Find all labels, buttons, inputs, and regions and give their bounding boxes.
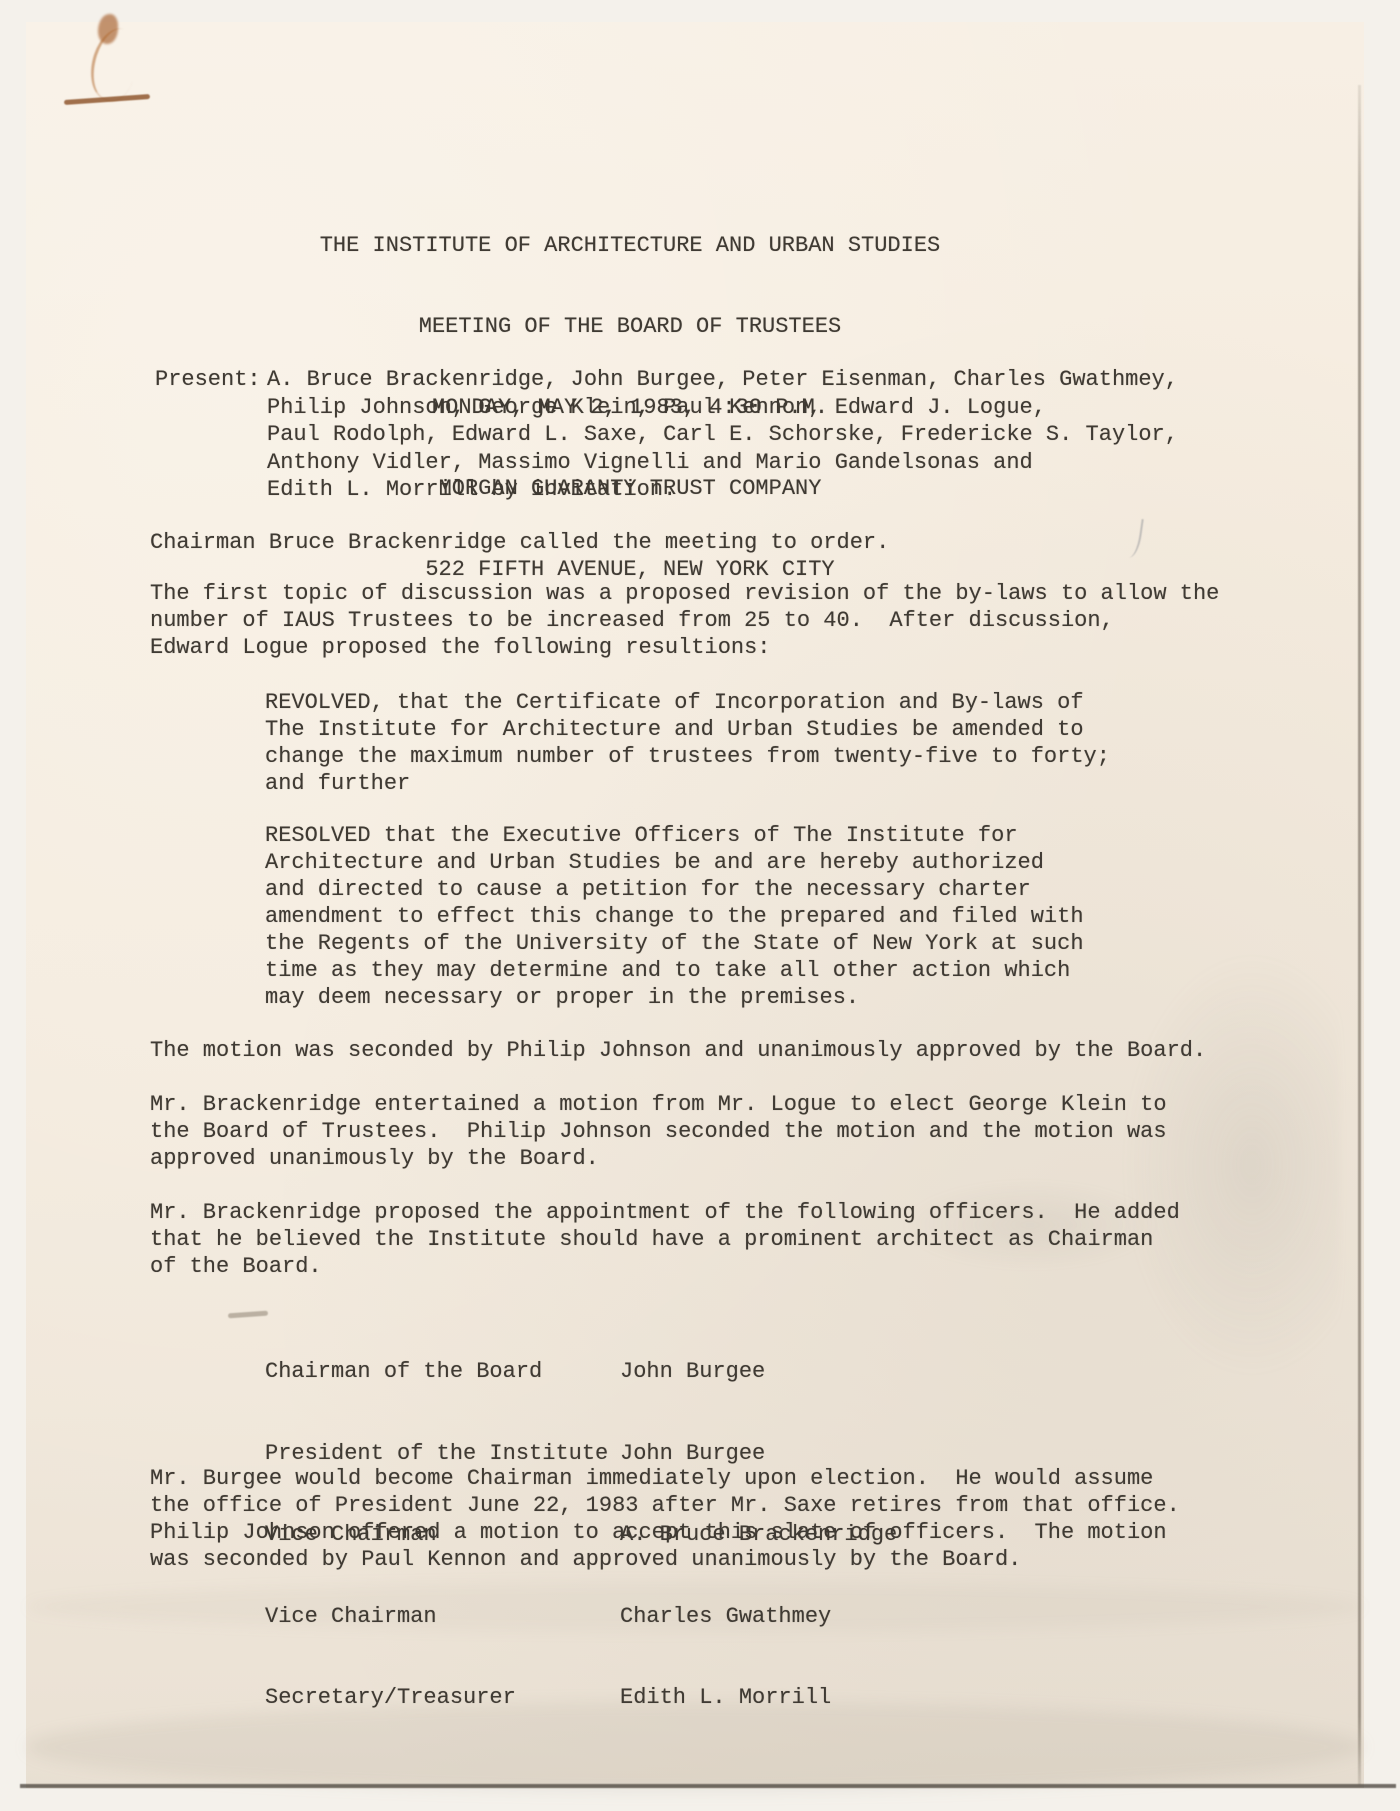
organization-title: THE INSTITUTE OF ARCHITECTURE AND URBAN … [150, 232, 1110, 259]
officer-row: President of the Institute John Burgee [265, 1440, 897, 1468]
present-label: Present: [155, 366, 261, 394]
paper-right-edge [1358, 85, 1361, 1785]
paragraph-first-topic: The first topic of discussion was a prop… [150, 580, 1219, 661]
paper-bottom-edge [20, 1784, 1396, 1788]
paragraph-motion-seconded: The motion was seconded by Philip Johnso… [150, 1037, 1206, 1064]
officer-row: Vice Chairman Charles Gwathmey [265, 1603, 897, 1631]
resolution-revolved: REVOLVED, that the Certificate of Incorp… [265, 689, 1110, 797]
officer-name: John Burgee [620, 1358, 765, 1386]
meeting-address: 522 FIFTH AVENUE, NEW YORK CITY [150, 556, 1110, 583]
officer-title: Vice Chairman [265, 1603, 620, 1631]
paragraph-called-to-order: Chairman Bruce Brackenridge called the m… [150, 529, 889, 556]
paragraph-officers-proposal: Mr. Brackenridge proposed the appointmen… [150, 1199, 1180, 1280]
resolution-resolved: RESOLVED that the Executive Officers of … [265, 822, 1084, 1011]
officer-title: Secretary/Treasurer [265, 1684, 620, 1712]
officer-title: President of the Institute [265, 1440, 620, 1468]
officer-name: Edith L. Morrill [620, 1684, 831, 1712]
officer-name: Charles Gwathmey [620, 1603, 831, 1631]
meeting-title: MEETING OF THE BOARD OF TRUSTEES [150, 313, 1110, 340]
officer-name: John Burgee [620, 1440, 765, 1468]
officer-row: Chairman of the Board John Burgee [265, 1358, 897, 1386]
paragraph-elect-klein: Mr. Brackenridge entertained a motion fr… [150, 1091, 1167, 1172]
paragraph-burgee-chairman: Mr. Burgee would become Chairman immedia… [150, 1465, 1180, 1573]
officer-title: Chairman of the Board [265, 1358, 620, 1386]
present-attendees: A. Bruce Brackenridge, John Burgee, Pete… [267, 366, 1178, 504]
officer-row: Secretary/Treasurer Edith L. Morrill [265, 1684, 897, 1712]
scanned-document-page: THE INSTITUTE OF ARCHITECTURE AND URBAN … [0, 0, 1400, 1811]
